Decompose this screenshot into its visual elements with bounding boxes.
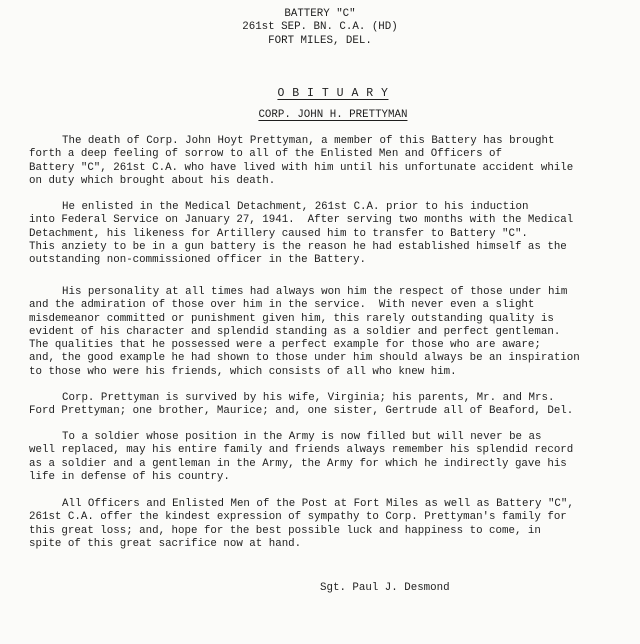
paragraph-line: life in defense of his country. bbox=[29, 471, 629, 484]
paragraph-1: The death of Corp. John Hoyt Prettyman, … bbox=[29, 135, 629, 188]
subject-name-wrapper: CORP. JOHN H. PRETTYMAN bbox=[0, 96, 640, 135]
paragraph-line: The death of Corp. John Hoyt Prettyman, … bbox=[29, 135, 629, 148]
paragraph-line: He enlisted in the Medical Detachment, 2… bbox=[29, 201, 629, 214]
paragraph-line: To a soldier whose position in the Army … bbox=[29, 431, 629, 444]
header-location: FORT MILES, DEL. bbox=[0, 35, 640, 48]
paragraph-line: spite of this great sacrifice now at han… bbox=[29, 538, 629, 551]
paragraph-line: All Officers and Enlisted Men of the Pos… bbox=[29, 498, 629, 511]
paragraph-5: To a soldier whose position in the Army … bbox=[29, 431, 629, 484]
paragraph-line: and, the good example he had shown to th… bbox=[29, 352, 629, 365]
paragraph-line: forth a deep feeling of sorrow to all of… bbox=[29, 148, 629, 161]
paragraph-line: well replaced, may his entire family and… bbox=[29, 444, 629, 457]
subject-name: CORP. JOHN H. PRETTYMAN bbox=[258, 109, 407, 121]
paragraph-6: All Officers and Enlisted Men of the Pos… bbox=[29, 498, 629, 551]
paragraph-3: His personality at all times had always … bbox=[29, 286, 629, 379]
paragraph-line: to those who were his friends, which con… bbox=[29, 366, 629, 379]
paragraph-line: this great loss; and, hope for the best … bbox=[29, 525, 629, 538]
obituary-document: BATTERY "C" 261st SEP. BN. C.A. (HD) FOR… bbox=[0, 0, 640, 644]
paragraph-4: Corp. Prettyman is survived by his wife,… bbox=[29, 392, 629, 419]
paragraph-line: The qualities that he possessed were a p… bbox=[29, 339, 629, 352]
signature: Sgt. Paul J. Desmond bbox=[320, 582, 450, 595]
paragraph-line: outstanding non-commissioned officer in … bbox=[29, 254, 629, 267]
paragraph-line: misdemeanor committed or punishment give… bbox=[29, 313, 629, 326]
paragraph-line: as a soldier and a gentleman in the Army… bbox=[29, 458, 629, 471]
paragraph-line: Corp. Prettyman is survived by his wife,… bbox=[29, 392, 629, 405]
header-unit: BATTERY "C" bbox=[0, 8, 640, 21]
paragraph-line: into Federal Service on January 27, 1941… bbox=[29, 214, 629, 227]
paragraph-line: Detachment, his likeness for Artillery c… bbox=[29, 228, 629, 241]
paragraph-line: evident of his character and splendid st… bbox=[29, 326, 629, 339]
paragraph-line: His personality at all times had always … bbox=[29, 286, 629, 299]
paragraph-line: on duty which brought about his death. bbox=[29, 175, 629, 188]
header-battalion: 261st SEP. BN. C.A. (HD) bbox=[0, 21, 640, 34]
paragraph-2: He enlisted in the Medical Detachment, 2… bbox=[29, 201, 629, 267]
paragraph-line: and the admiration of those over him in … bbox=[29, 299, 629, 312]
paragraph-line: This anziety to be in a gun battery is t… bbox=[29, 241, 629, 254]
paragraph-line: Battery "C", 261st C.A. who have lived w… bbox=[29, 162, 629, 175]
paragraph-line: 261st C.A. offer the kindest expression … bbox=[29, 511, 629, 524]
paragraph-line: Ford Prettyman; one brother, Maurice; an… bbox=[29, 405, 629, 418]
